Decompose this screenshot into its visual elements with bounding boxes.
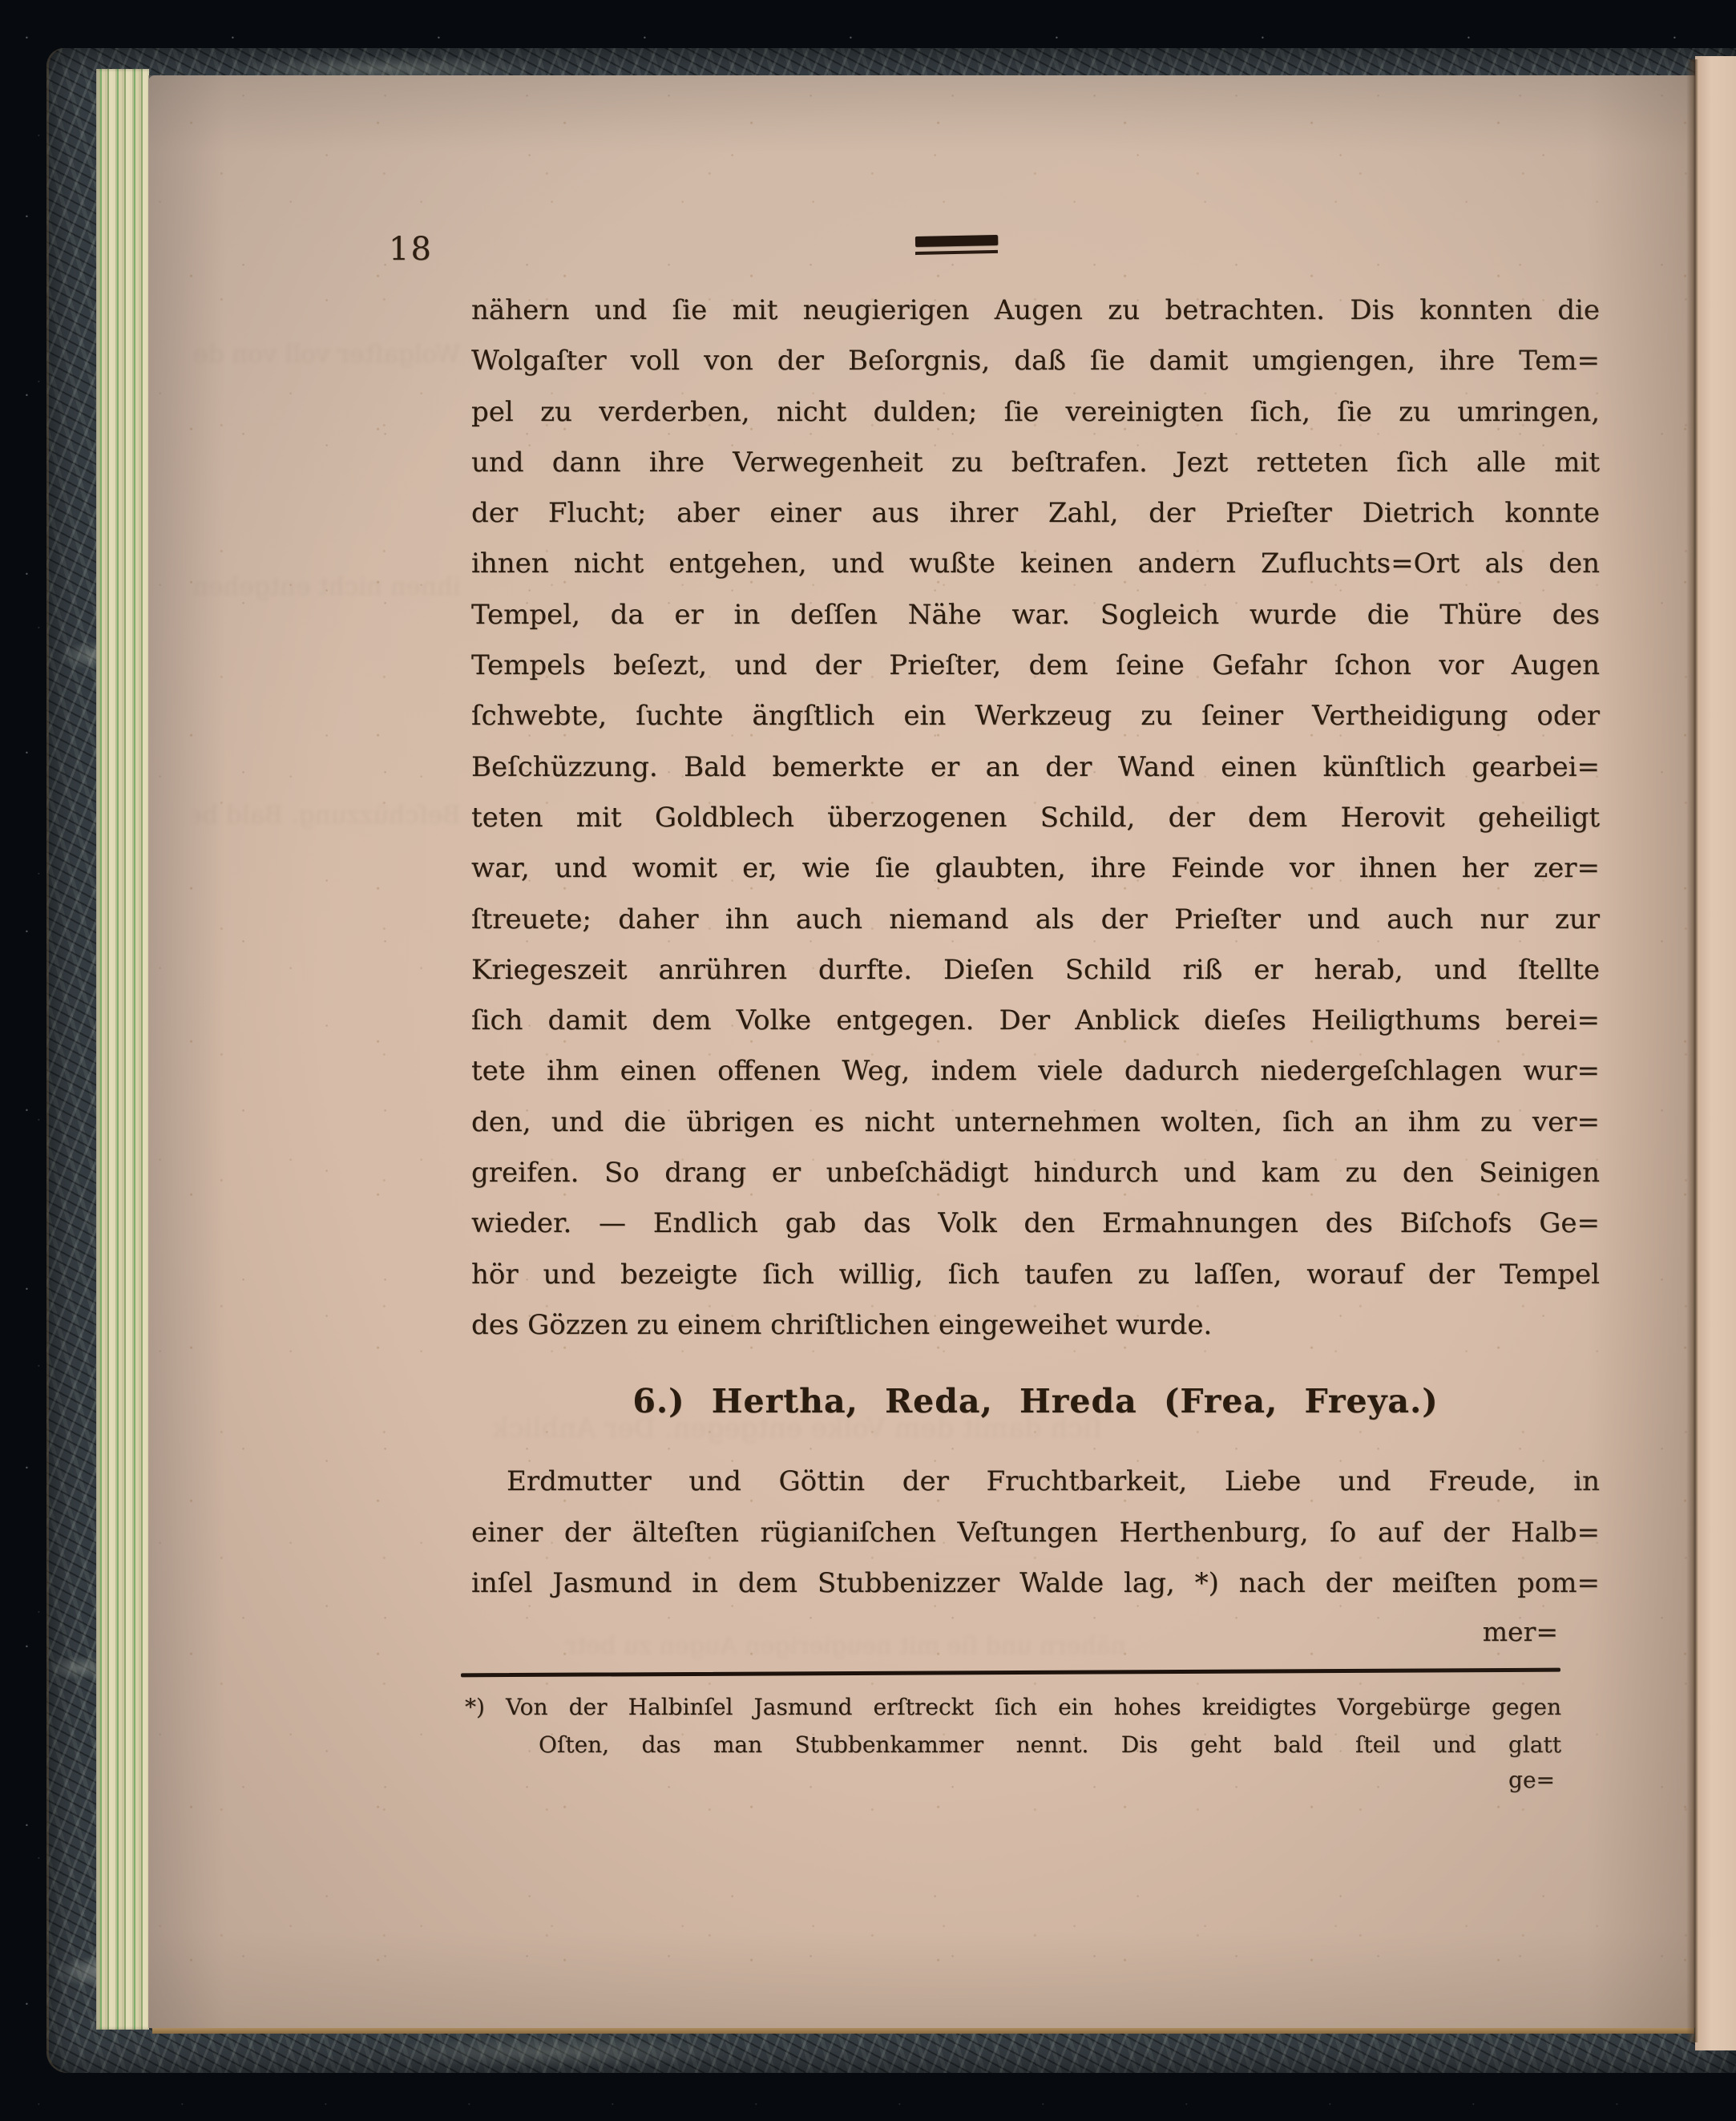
body-line: Tempel, da er in deſſen Nähe war. Soglei… bbox=[471, 590, 1600, 640]
bleedthrough-text: Beſchüzzung. Bald bemerkte er an der Wan… bbox=[192, 801, 461, 830]
footnote: *) Von der Halbinſel Jasmund erſtreckt ſ… bbox=[465, 1688, 1561, 1763]
body-line: Erdmutter und Göttin der Fruchtbarkeit, … bbox=[471, 1456, 1600, 1508]
page-stack-edges bbox=[96, 69, 149, 2030]
body-line: ſich damit dem Volke entgegen. Der Anbli… bbox=[471, 996, 1600, 1046]
body-line: Kriegeszeit anrühren durfte. Dieſen Schi… bbox=[471, 945, 1600, 996]
body-line: des Gözzen zu einem chriſtlichen eingewe… bbox=[471, 1300, 1600, 1351]
footnote-rule bbox=[461, 1668, 1560, 1678]
body-line: nähern und ſie mit neugierigen Augen zu … bbox=[471, 285, 1600, 336]
book-page: Wolgaſter voll von der Beſorgnis, daß ſi… bbox=[148, 75, 1695, 2028]
body-line: inſel Jasmund in dem Stubbenizzer Walde … bbox=[471, 1558, 1600, 1610]
body-line: den, und die übrigen es nicht unternehme… bbox=[471, 1097, 1600, 1148]
section-heading: 6.) Hertha, Reda, Hreda (Frea, Freya.) bbox=[471, 1382, 1600, 1420]
body-line: Wolgaſter voll von der Beſorgnis, daß ſi… bbox=[471, 336, 1600, 386]
main-paragraph: nähern und ſie mit neugierigen Augen zu … bbox=[471, 285, 1600, 1351]
footnote-catchword: ge= bbox=[465, 1767, 1561, 1793]
catchword: mer= bbox=[471, 1616, 1600, 1647]
body-line: ſtreuete; daher ihn auch niemand als der… bbox=[471, 895, 1600, 945]
body-line: ihnen nicht entgehen, und wußte keinen a… bbox=[471, 539, 1600, 589]
page-gutter-fold bbox=[1686, 59, 1702, 2042]
header-rule-ornament bbox=[915, 236, 998, 254]
bleedthrough-text: Wolgaſter voll von der Beſorgnis, daß ſi… bbox=[192, 340, 461, 369]
page-number: 18 bbox=[389, 231, 433, 268]
body-line: Beſchüzzung. Bald bemerkte er an der Wan… bbox=[471, 742, 1600, 793]
footnote-line: *) Von der Halbinſel Jasmund erſtreckt ſ… bbox=[465, 1688, 1561, 1726]
body-line: und dann ihre Verwegenheit zu beſtrafen.… bbox=[471, 438, 1600, 488]
second-paragraph: Erdmutter und Göttin der Fruchtbarkeit, … bbox=[471, 1456, 1600, 1610]
body-line: einer der älteſten rügianiſchen Veſtunge… bbox=[471, 1508, 1600, 1559]
ornament-thin-bar bbox=[915, 250, 998, 255]
body-line: ſchwebte, ſuchte ängſtlich ein Werkzeug … bbox=[471, 691, 1600, 741]
scanned-book-page: Wolgaſter voll von der Beſorgnis, daß ſi… bbox=[0, 0, 1736, 2121]
body-line: teten mit Goldblech überzogenen Schild, … bbox=[471, 793, 1600, 843]
ornament-thick-bar bbox=[915, 235, 998, 247]
body-line: pel zu verderben, nicht dulden; ſie vere… bbox=[471, 387, 1600, 438]
footnote-line: Oſten, das man Stubbenkammer nennt. Dis … bbox=[465, 1726, 1561, 1763]
body-line: war, und womit er, wie ſie glaubten, ihr… bbox=[471, 843, 1600, 894]
body-line: hör und bezeigte ſich willig, ſich taufe… bbox=[471, 1250, 1600, 1300]
body-line: tete ihm einen offenen Weg, indem viele … bbox=[471, 1046, 1600, 1097]
body-line: Tempels beſezt, und der Prieſter, dem ſe… bbox=[471, 640, 1600, 691]
bleedthrough-text: ihnen nicht entgehen, und wußte keinen a… bbox=[192, 572, 461, 601]
body-line: greifen. So drang er unbeſchädigt hindur… bbox=[471, 1148, 1600, 1198]
body-line: der Flucht; aber einer aus ihrer Zahl, d… bbox=[471, 488, 1600, 539]
body-line: wieder. — Endlich gab das Volk den Ermah… bbox=[471, 1198, 1600, 1249]
